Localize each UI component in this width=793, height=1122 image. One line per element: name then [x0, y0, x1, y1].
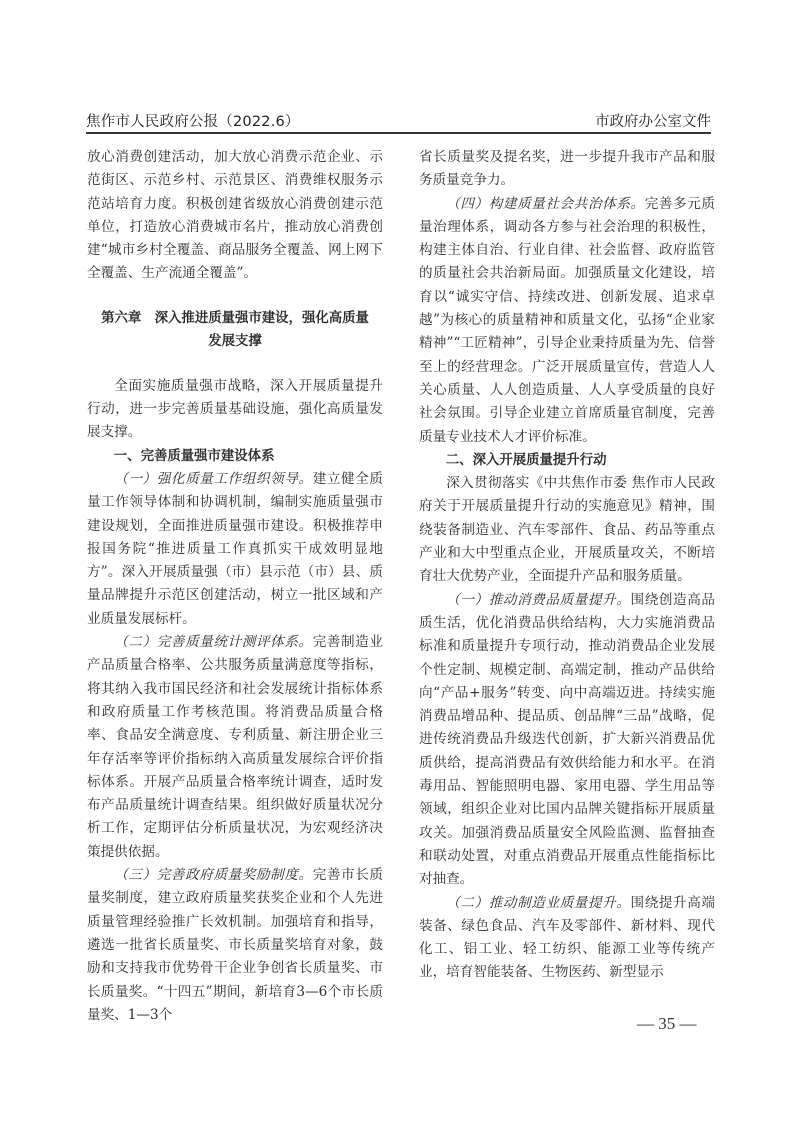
paragraph: （二）推动制造业质量提升。围绕提升高端装备、绿色食品、汽车及零部件、新材料、现代…	[419, 892, 715, 985]
item-lead: （四）构建质量社会共治体系。	[446, 196, 645, 212]
item-body: 完善市长质量奖制度，建立政府质量奖获奖企业和个人先进质量管理经验推广长效机制。加…	[87, 867, 383, 1023]
paragraph: （一）强化质量工作组织领导。建立健全质量工作领导体制和协调机制，编制实施质量强市…	[87, 468, 383, 631]
chapter-intro: 全面实施质量强市战略，深入开展质量提升行动，进一步完善质量基础设施，强化高质量发…	[87, 375, 383, 445]
item-body: 建立健全质量工作领导体制和协调机制，编制实施质量强市建设规划，全面推进质量强市建…	[87, 471, 383, 627]
section-heading: 二、深入开展质量提升行动	[419, 449, 715, 472]
paragraph: 省长质量奖及提名奖，进一步提升我市产品和服务质量竞争力。	[419, 146, 715, 193]
item-lead: （二）完善质量统计测评体系。	[114, 634, 313, 650]
item-body: 完善多元质量治理体系，调动各方参与社会治理的积极性，构建主体自治、行业自律、社会…	[419, 196, 715, 445]
journal-title: 焦作市人民政府公报（2022.6）	[86, 110, 300, 131]
paragraph: （二）完善质量统计测评体系。完善制造业产品质量合格率、公共服务质量满意度等指标，…	[87, 631, 383, 864]
chapter-heading-line1: 第六章 深入推进质量强市建设，强化高质量	[87, 307, 383, 330]
paragraph: 放心消费创建活动，加大放心消费示范企业、示范街区、示范乡村、示范景区、消费维权服…	[87, 146, 383, 286]
section-intro: 深入贯彻落实《中共焦作市委 焦作市人民政府关于开展质量提升行动的实施意见》精神，…	[419, 472, 715, 588]
paragraph: （一）推动消费品质量提升。围绕创造高品质生活，优化消费品供给结构，大力实施消费品…	[419, 589, 715, 892]
left-column: 放心消费创建活动，加大放心消费示范企业、示范街区、示范乡村、示范景区、消费维权服…	[87, 146, 383, 1027]
chapter-heading: 第六章 深入推进质量强市建设，强化高质量 发展支撑	[87, 307, 383, 353]
item-lead: （一）强化质量工作组织领导。	[114, 471, 313, 487]
item-body: 完善制造业产品质量合格率、公共服务质量满意度等指标，将其纳入我市国民经济和社会发…	[87, 634, 383, 860]
item-body: 围绕创造高品质生活，优化消费品供给结构，大力实施消费品标准和质量提升专项行动，推…	[419, 592, 715, 888]
section-title: 市政府办公室文件	[595, 110, 711, 131]
item-lead: （三）完善政府质量奖励制度。	[114, 867, 313, 883]
page-number: — 35 —	[637, 1014, 697, 1034]
chapter-heading-line2: 发展支撑	[87, 330, 383, 353]
section-heading: 一、完善质量强市建设体系	[87, 445, 383, 468]
item-lead: （二）推动制造业质量提升。	[446, 895, 630, 911]
right-column: 省长质量奖及提名奖，进一步提升我市产品和服务质量竞争力。 （四）构建质量社会共治…	[419, 146, 715, 985]
paragraph: （四）构建质量社会共治体系。完善多元质量治理体系，调动各方参与社会治理的积极性，…	[419, 193, 715, 449]
running-header: 焦作市人民政府公报（2022.6） 市政府办公室文件	[86, 110, 711, 132]
paragraph: （三）完善政府质量奖励制度。完善市长质量奖制度，建立政府质量奖获奖企业和个人先进…	[87, 864, 383, 1027]
header-rule	[86, 132, 711, 134]
item-lead: （一）推动消费品质量提升。	[446, 592, 630, 608]
